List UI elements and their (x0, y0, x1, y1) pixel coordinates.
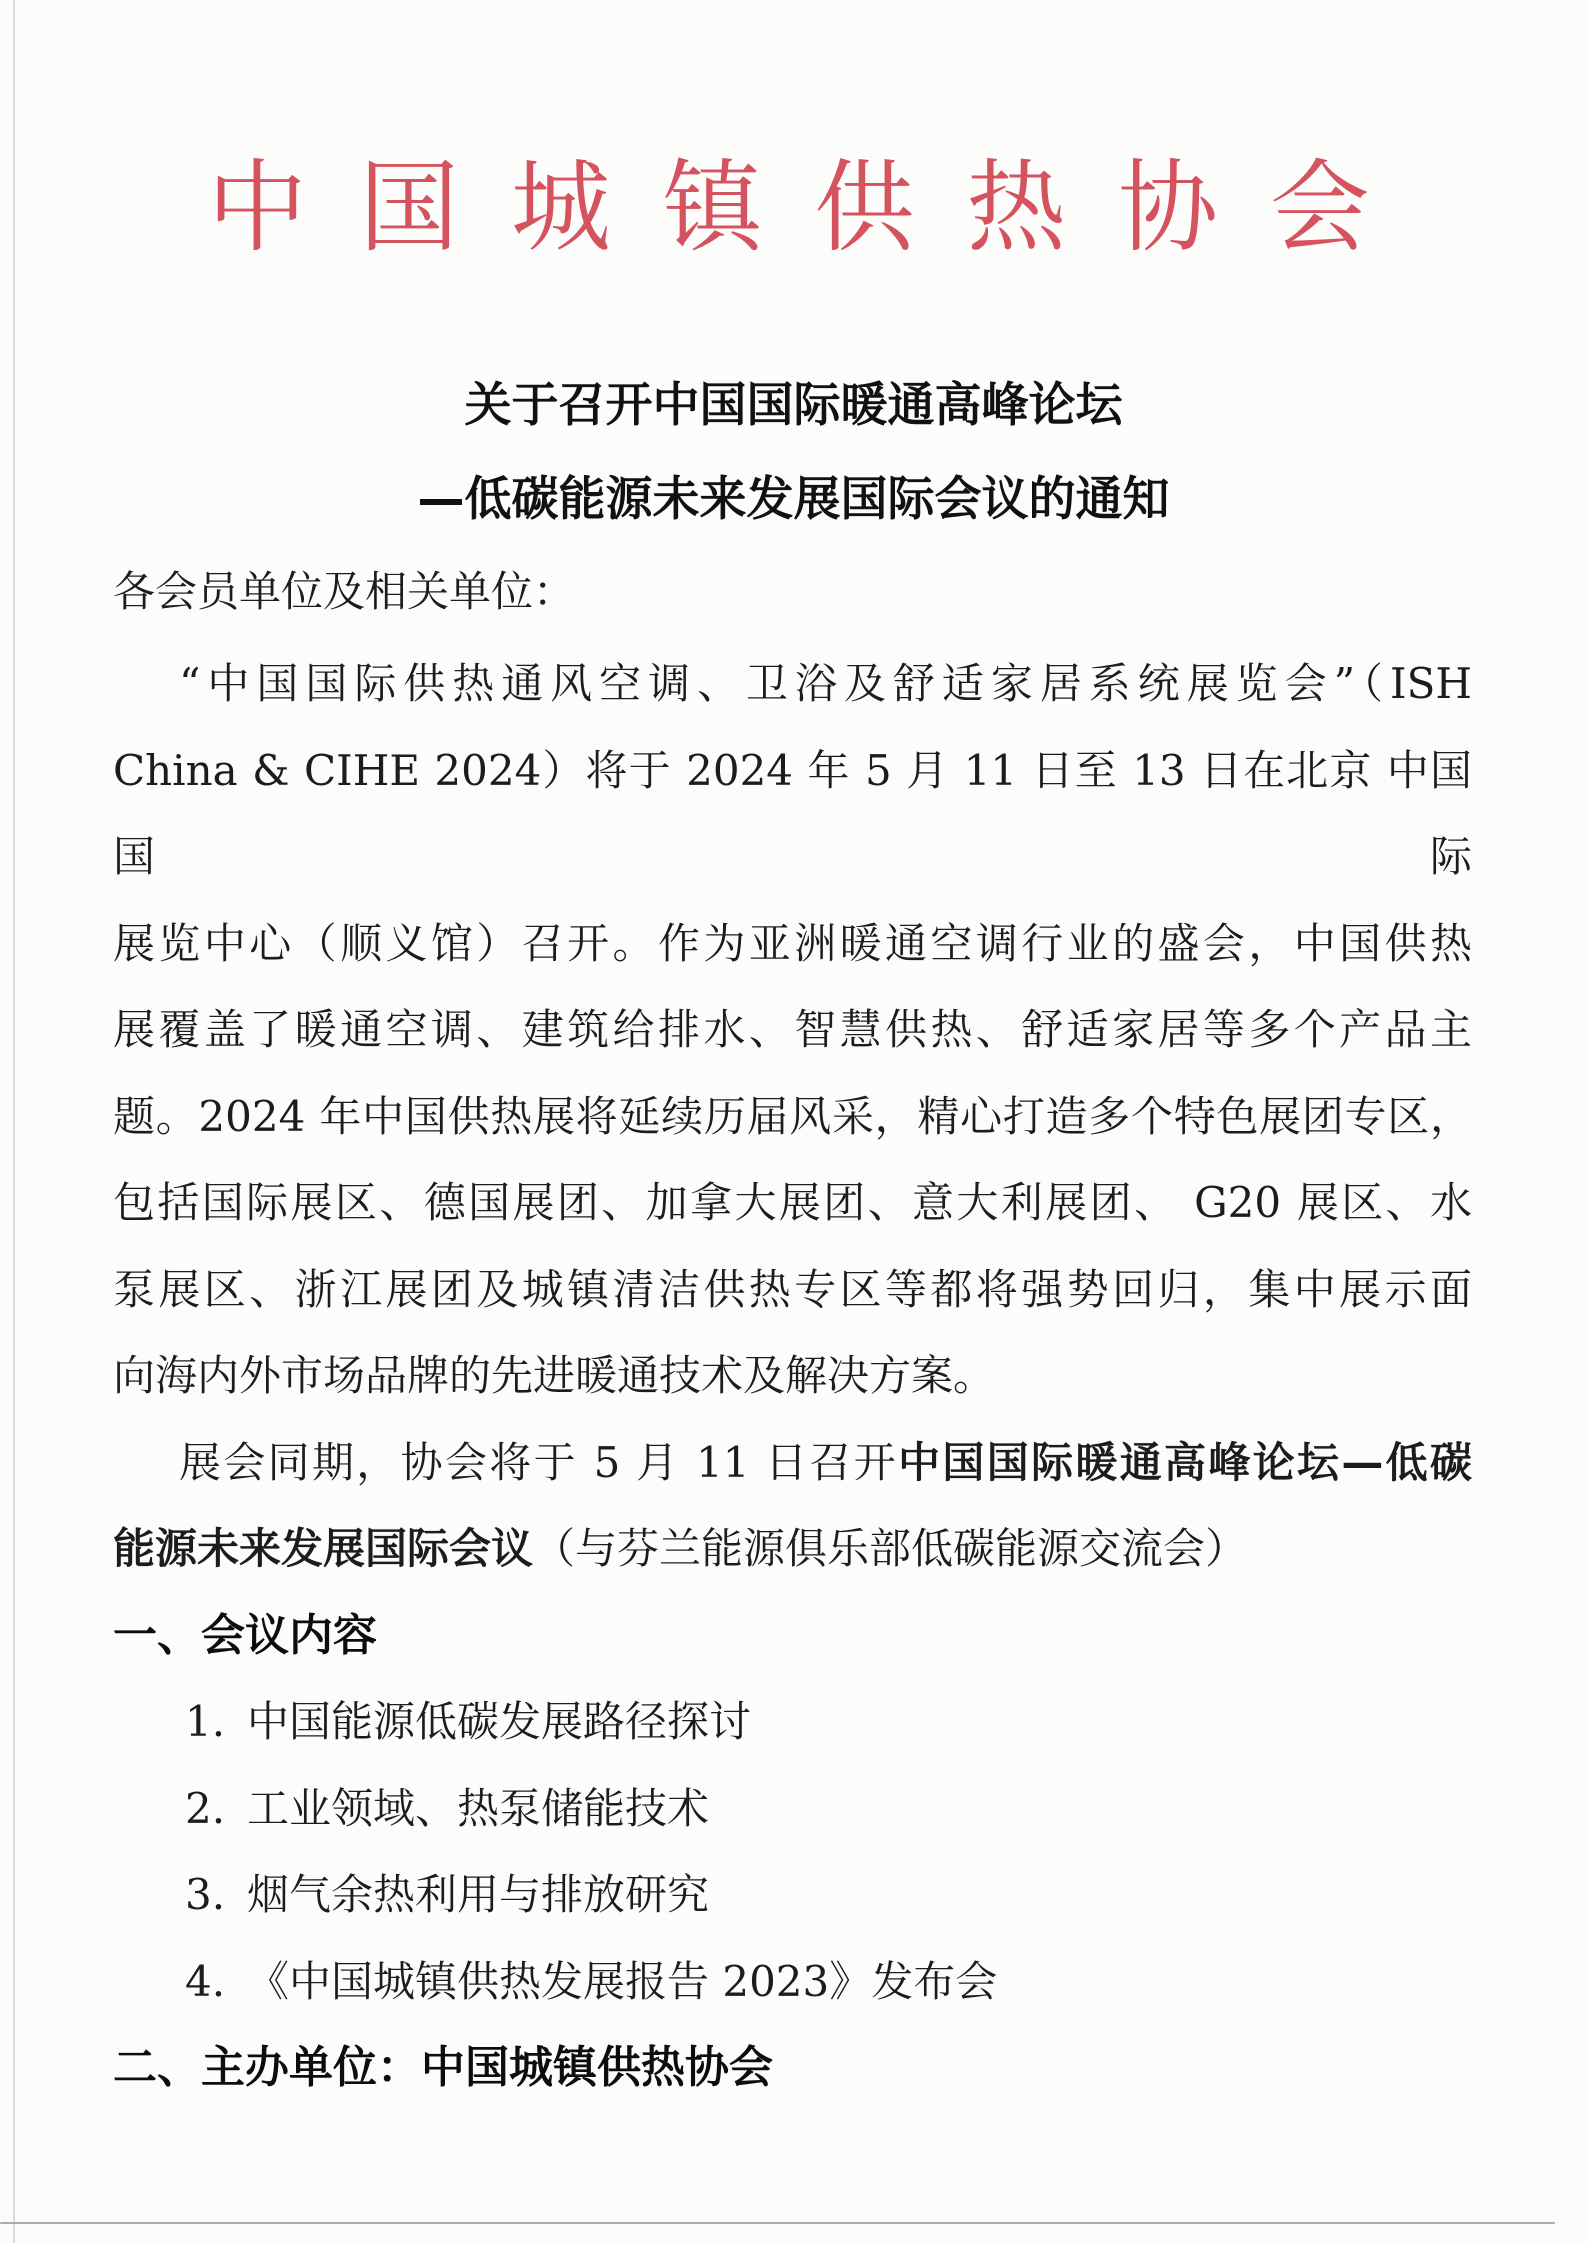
list-item: 1.中国能源低碳发展路径探讨 (185, 1679, 1472, 1766)
list-item-text: 中国能源低碳发展路径探讨 (247, 1697, 751, 1746)
list-item-number: 4. (185, 1939, 247, 2026)
paragraph-line: China & CIHE 2024）将于 2024 年 5 月 11 日至 13… (113, 728, 1472, 901)
list-item-number: 2. (185, 1766, 247, 1853)
paragraph-text: （与芬兰能源俱乐部低碳能源交流会） (533, 1524, 1247, 1573)
list-item: 3.烟气余热利用与排放研究 (185, 1852, 1472, 1939)
notice-body: “中国国际供热通风空调、卫浴及舒适家居系统展览会”（ISH China & CI… (113, 641, 1472, 2112)
paragraph-line: “中国国际供热通风空调、卫浴及舒适家居系统展览会”（ISH (113, 641, 1472, 728)
scan-edge-left (13, 0, 15, 2243)
paragraph-line: 题。2024 年中国供热展将延续历届风采，精心打造多个特色展团专区， (113, 1074, 1472, 1161)
paragraph-line: 能源未来发展国际会议（与芬兰能源俱乐部低碳能源交流会） (113, 1506, 1472, 1593)
notice-title-line1: 关于召开中国国际暖通高峰论坛 (0, 377, 1587, 435)
list-item: 4.《中国城镇供热发展报告 2023》发布会 (185, 1939, 1472, 2026)
paragraph-line: 包括国际展区、德国展团、加拿大展团、意大利展团、 G20 展区、水 (113, 1160, 1472, 1247)
list-item-text: 工业领域、热泵储能技术 (247, 1784, 709, 1833)
conference-name-bold: 中国国际暖通高峰论坛—低碳 (898, 1438, 1472, 1487)
section-heading-content: 一、会议内容 (113, 1593, 1472, 1680)
salutation: 各会员单位及相关单位： (113, 564, 1472, 619)
notice-title-line2: —低碳能源未来发展国际会议的通知 (0, 471, 1587, 529)
list-item-number: 3. (185, 1852, 247, 1939)
paragraph-text: 展会同期，协会将于 5 月 11 日召开 (179, 1438, 898, 1487)
paragraph-line: 泵展区、浙江展团及城镇清洁供热专区等都将强势回归，集中展示面 (113, 1247, 1472, 1334)
org-name-header: 中 国 城 镇 供 热 协 会 (0, 150, 1587, 265)
list-item-text: 烟气余热利用与排放研究 (247, 1870, 709, 1919)
paragraph-line: 展览中心（顺义馆）召开。作为亚洲暖通空调行业的盛会，中国供热 (113, 901, 1472, 988)
list-item-number: 1. (185, 1679, 247, 1766)
document-page: 中 国 城 镇 供 热 协 会 关于召开中国国际暖通高峰论坛 —低碳能源未来发展… (0, 0, 1587, 2243)
paragraph-line: 展覆盖了暖通空调、建筑给排水、智慧供热、舒适家居等多个产品主 (113, 987, 1472, 1074)
section-heading-organizer: 二、主办单位：中国城镇供热协会 (113, 2025, 1472, 2112)
scan-shadow-bottom (0, 2222, 1555, 2224)
list-item-text: 《中国城镇供热发展报告 2023》发布会 (247, 1957, 997, 2006)
list-item: 2.工业领域、热泵储能技术 (185, 1766, 1472, 1853)
paragraph-line: 展会同期，协会将于 5 月 11 日召开中国国际暖通高峰论坛—低碳 (113, 1420, 1472, 1507)
conference-name-bold: 能源未来发展国际会议 (113, 1524, 533, 1573)
paragraph-line: 向海内外市场品牌的先进暖通技术及解决方案。 (113, 1333, 1472, 1420)
